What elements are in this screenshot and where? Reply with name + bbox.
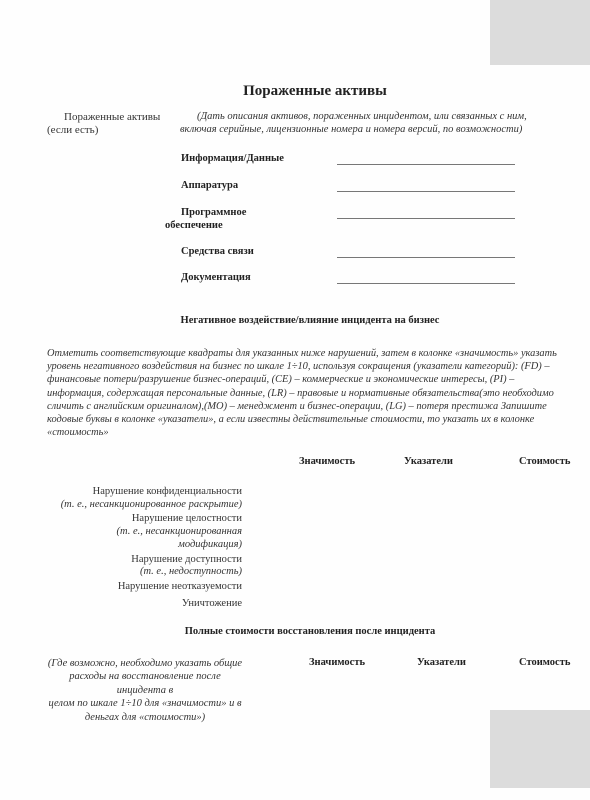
field-label-documentation: Документация — [181, 272, 251, 283]
impact-rows: Нарушение конфиденциальности (т. е., нес… — [40, 486, 242, 612]
assets-description-line2: включая серийные, лицензионные номера и … — [180, 124, 522, 135]
impact-column-cost: Стоимость — [519, 456, 570, 467]
impact-row-destruction[interactable]: Уничтожение — [40, 598, 242, 611]
field-input-documentation[interactable] — [337, 283, 515, 284]
field-label-communications: Средства связи — [181, 246, 254, 257]
impact-instructions: Отметить соответствующие квадраты для ук… — [47, 347, 567, 439]
impact-column-indicators: Указатели — [404, 456, 453, 467]
impact-row-sub: (т. е., несанкционированная — [40, 526, 242, 539]
impact-row-label: Нарушение целостности — [40, 513, 242, 526]
recovery-column-indicators: Указатели — [417, 657, 466, 668]
impact-row-non-repudiation[interactable]: Нарушение неотказуемости — [40, 581, 242, 594]
field-input-hardware[interactable] — [337, 191, 515, 192]
assets-label-line2: (если есть) — [47, 124, 98, 136]
impact-row-sub: модификация) — [40, 539, 242, 552]
impact-row-label: Уничтожение — [40, 598, 242, 611]
recovery-note: (Где возможно, необходимо указать общие … — [45, 657, 245, 724]
recovery-note-line: (Где возможно, необходимо указать общие — [45, 657, 245, 670]
recovery-column-cost: Стоимость — [519, 657, 570, 668]
field-label-information-data: Информация/Данные — [181, 153, 284, 164]
field-label-software-line2: обеспечение — [165, 220, 223, 231]
impact-row-sub: (т. е., недоступность) — [40, 566, 242, 579]
impact-column-significance: Значимость — [299, 456, 355, 467]
field-input-information-data[interactable] — [337, 164, 515, 165]
recovery-note-line: целом по шкале 1÷10 для «значимости» и в — [45, 697, 245, 710]
impact-row-label: Нарушение конфиденциальности — [40, 486, 242, 499]
assets-label-line1: Пораженные активы — [64, 111, 160, 123]
impact-row-sub: (т. е., несанкционированное раскрытие) — [40, 499, 242, 512]
page-corner-placeholder-bottom — [490, 710, 590, 788]
recovery-note-line: расходы на восстановление после инцидент… — [45, 670, 245, 697]
field-input-software[interactable] — [337, 218, 515, 219]
recovery-column-significance: Значимость — [309, 657, 365, 668]
page-title: Пораженные активы — [0, 83, 590, 100]
impact-row-label: Нарушение неотказуемости — [40, 581, 242, 594]
impact-row-integrity[interactable]: Нарушение целостности (т. е., несанкцион… — [40, 513, 242, 551]
impact-row-confidentiality[interactable]: Нарушение конфиденциальности (т. е., нес… — [40, 486, 242, 512]
assets-description-line1: (Дать описания активов, пораженных инцид… — [197, 111, 527, 122]
field-input-communications[interactable] — [337, 257, 515, 258]
impact-row-availability[interactable]: Нарушение доступности (т. е., недоступно… — [40, 554, 242, 580]
field-label-software-line1: Программное — [181, 207, 246, 218]
recovery-section-heading: Полные стоимости восстановления после ин… — [0, 626, 590, 637]
page-corner-placeholder-top — [490, 0, 590, 65]
impact-section-heading: Негативное воздействие/влияние инцидента… — [0, 315, 590, 326]
recovery-note-line: деньгах для «стоимости») — [45, 711, 245, 724]
impact-row-label: Нарушение доступности — [40, 554, 242, 567]
field-label-hardware: Аппаратура — [181, 180, 238, 191]
